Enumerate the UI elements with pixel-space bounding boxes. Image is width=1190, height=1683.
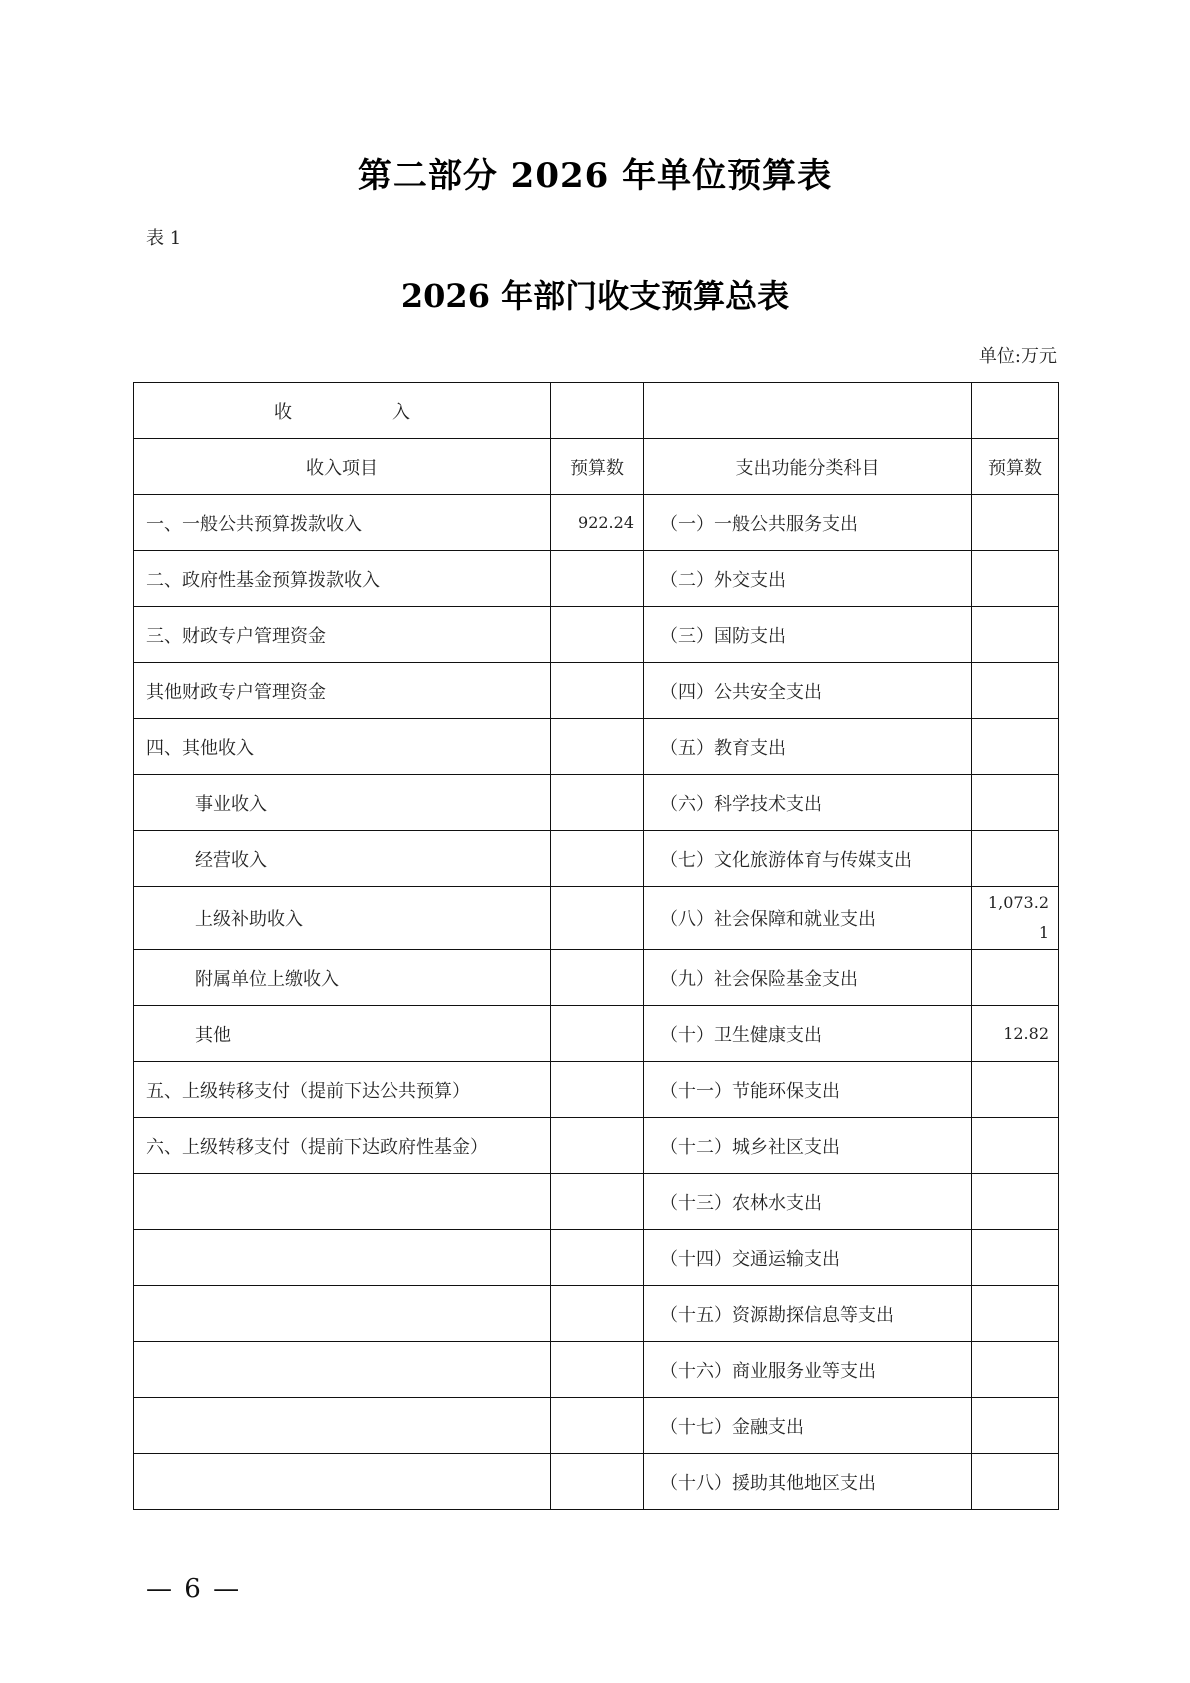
expense-budget-cell (972, 1230, 1059, 1286)
column-header-income-budget: 预算数 (551, 439, 644, 495)
table-row: （十八）援助其他地区支出 (134, 1454, 1059, 1510)
table-row: 其他（十）卫生健康支出12.82 (134, 1006, 1059, 1062)
table-row: 六、上级转移支付（提前下达政府性基金）（十二）城乡社区支出 (134, 1118, 1059, 1174)
expense-item-cell: （五）教育支出 (644, 719, 972, 775)
expense-item-cell: （一）一般公共服务支出 (644, 495, 972, 551)
income-budget-cell (551, 1118, 644, 1174)
expense-budget-cell (972, 663, 1059, 719)
header-row-columns: 收入项目 预算数 支出功能分类科目 预算数 (134, 439, 1059, 495)
table-row: 四、其他收入（五）教育支出 (134, 719, 1059, 775)
income-budget-cell (551, 607, 644, 663)
header-row-section: 收入 (134, 383, 1059, 439)
income-item-cell: 附属单位上缴收入 (134, 950, 551, 1006)
income-budget-cell (551, 950, 644, 1006)
expense-budget-cell (972, 1174, 1059, 1230)
income-item-cell (134, 1398, 551, 1454)
income-budget-cell (551, 1454, 644, 1510)
expense-item-cell: （十五）资源勘探信息等支出 (644, 1286, 972, 1342)
expense-budget-cell (972, 495, 1059, 551)
income-budget-cell (551, 775, 644, 831)
income-budget-cell (551, 1342, 644, 1398)
expense-item-cell: （三）国防支出 (644, 607, 972, 663)
column-header-income-item: 收入项目 (134, 439, 551, 495)
expense-budget-cell: 1,073.21 (972, 887, 1059, 950)
expense-budget-cell (972, 1342, 1059, 1398)
expense-item-cell: （十三）农林水支出 (644, 1174, 972, 1230)
table-number-label: 表 1 (146, 224, 181, 250)
expense-item-cell: （六）科学技术支出 (644, 775, 972, 831)
column-header-expense-item: 支出功能分类科目 (644, 439, 972, 495)
unit-label: 单位:万元 (979, 342, 1057, 368)
income-budget-cell (551, 831, 644, 887)
expense-budget-cell (972, 607, 1059, 663)
table-row: （十三）农林水支出 (134, 1174, 1059, 1230)
income-item-cell: 一、一般公共预算拨款收入 (134, 495, 551, 551)
expense-item-cell: （十二）城乡社区支出 (644, 1118, 972, 1174)
income-item-cell (134, 1230, 551, 1286)
table-row: （十六）商业服务业等支出 (134, 1342, 1059, 1398)
income-item-cell (134, 1454, 551, 1510)
income-item-cell: 二、政府性基金预算拨款收入 (134, 551, 551, 607)
expense-item-cell: （八）社会保障和就业支出 (644, 887, 972, 950)
budget-rows: 一、一般公共预算拨款收入922.24（一）一般公共服务支出二、政府性基金预算拨款… (134, 495, 1059, 1510)
income-budget-cell (551, 663, 644, 719)
income-item-cell: 经营收入 (134, 831, 551, 887)
table-row: 五、上级转移支付（提前下达公共预算）（十一）节能环保支出 (134, 1062, 1059, 1118)
table-row: （十五）资源勘探信息等支出 (134, 1286, 1059, 1342)
expense-budget-cell (972, 1062, 1059, 1118)
income-budget-cell (551, 1174, 644, 1230)
income-item-cell: 五、上级转移支付（提前下达公共预算） (134, 1062, 551, 1118)
table-row: 附属单位上缴收入（九）社会保险基金支出 (134, 950, 1059, 1006)
income-budget-cell (551, 1286, 644, 1342)
income-section-header: 收入 (134, 383, 551, 439)
header-empty-cell-3 (644, 383, 972, 439)
table-row: （十四）交通运输支出 (134, 1230, 1059, 1286)
income-budget-cell (551, 1230, 644, 1286)
expense-item-cell: （四）公共安全支出 (644, 663, 972, 719)
expense-budget-cell (972, 831, 1059, 887)
expense-budget-cell (972, 719, 1059, 775)
expense-item-cell: （十七）金融支出 (644, 1398, 972, 1454)
income-section-char-2: 入 (392, 402, 410, 423)
expense-budget-cell: 12.82 (972, 1006, 1059, 1062)
expense-budget-cell (972, 1454, 1059, 1510)
income-item-cell: 事业收入 (134, 775, 551, 831)
table-row: 三、财政专户管理资金（三）国防支出 (134, 607, 1059, 663)
expense-budget-cell (972, 1286, 1059, 1342)
part-title: 第二部分 2026 年单位预算表 (0, 148, 1190, 197)
budget-summary-table: 收入 收入项目 预算数 支出功能分类科目 预算数 一、一般公共预算拨款收入922… (133, 382, 1059, 1510)
income-budget-cell (551, 719, 644, 775)
income-item-cell: 上级补助收入 (134, 887, 551, 950)
header-empty-cell-2 (551, 383, 644, 439)
table-row: 事业收入（六）科学技术支出 (134, 775, 1059, 831)
income-item-cell: 三、财政专户管理资金 (134, 607, 551, 663)
expense-item-cell: （十四）交通运输支出 (644, 1230, 972, 1286)
table-row: 经营收入（七）文化旅游体育与传媒支出 (134, 831, 1059, 887)
expense-budget-cell (972, 1118, 1059, 1174)
income-section-char-1: 收 (274, 402, 292, 423)
income-item-cell (134, 1286, 551, 1342)
income-budget-cell (551, 1062, 644, 1118)
expense-budget-cell (972, 1398, 1059, 1454)
header-empty-cell-4 (972, 383, 1059, 439)
income-budget-cell (551, 551, 644, 607)
expense-item-cell: （十一）节能环保支出 (644, 1062, 972, 1118)
expense-item-cell: （十）卫生健康支出 (644, 1006, 972, 1062)
income-budget-cell (551, 1006, 644, 1062)
expense-item-cell: （九）社会保险基金支出 (644, 950, 972, 1006)
expense-item-cell: （十八）援助其他地区支出 (644, 1454, 972, 1510)
table-row: 一、一般公共预算拨款收入922.24（一）一般公共服务支出 (134, 495, 1059, 551)
income-item-cell: 六、上级转移支付（提前下达政府性基金） (134, 1118, 551, 1174)
expense-budget-cell (972, 950, 1059, 1006)
expense-budget-cell (972, 775, 1059, 831)
income-item-cell (134, 1342, 551, 1398)
table-title: 2026 年部门收支预算总表 (0, 271, 1190, 317)
expense-item-cell: （七）文化旅游体育与传媒支出 (644, 831, 972, 887)
column-header-expense-budget: 预算数 (972, 439, 1059, 495)
expense-item-cell: （二）外交支出 (644, 551, 972, 607)
table-row: 其他财政专户管理资金（四）公共安全支出 (134, 663, 1059, 719)
income-item-cell: 其他 (134, 1006, 551, 1062)
table-row: （十七）金融支出 (134, 1398, 1059, 1454)
table-row: 上级补助收入（八）社会保障和就业支出1,073.21 (134, 887, 1059, 950)
income-item-cell: 其他财政专户管理资金 (134, 663, 551, 719)
expense-budget-cell (972, 551, 1059, 607)
income-budget-cell (551, 887, 644, 950)
expense-item-cell: （十六）商业服务业等支出 (644, 1342, 972, 1398)
income-budget-cell: 922.24 (551, 495, 644, 551)
income-item-cell (134, 1174, 551, 1230)
page-number: — 6 — (146, 1574, 241, 1604)
income-item-cell: 四、其他收入 (134, 719, 551, 775)
income-budget-cell (551, 1398, 644, 1454)
table-row: 二、政府性基金预算拨款收入（二）外交支出 (134, 551, 1059, 607)
